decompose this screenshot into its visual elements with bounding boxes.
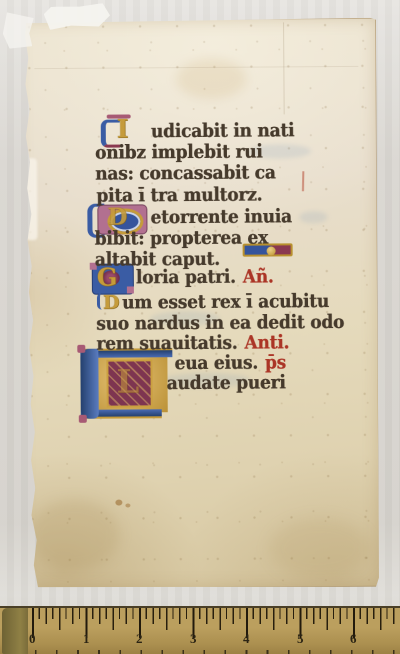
stain [29, 500, 119, 571]
illuminated-initial-l: L [80, 348, 172, 419]
tape-remnant-left [2, 12, 34, 50]
red-margin-mark [302, 171, 304, 191]
ruler-number: 6 [350, 632, 357, 646]
edge-residue [25, 158, 38, 240]
initial-letter: I [117, 114, 129, 143]
photo-background: I D G D L [0, 0, 400, 654]
initial-letter: D [103, 292, 120, 314]
text-line: pita ī tra multorz. [96, 184, 262, 208]
stain [176, 59, 246, 99]
text-line: loria patri.Añ. [136, 265, 274, 288]
ruler-number: 2 [136, 632, 143, 646]
text-black: udicabit in nati [151, 119, 295, 142]
ruler: 0 1 2 3 4 5 6 [0, 606, 400, 654]
text-line: audate pueri [166, 371, 285, 394]
initial-pink-accent [79, 415, 87, 423]
show-through-patch [299, 211, 327, 223]
ruler-number: 3 [190, 632, 197, 646]
ruler-number: 4 [243, 632, 250, 646]
text-black: bibit: propterea ex [94, 227, 267, 251]
ruler-ticks-cm-bottom [14, 650, 400, 654]
text-line: nas: concassabit ca [95, 161, 276, 185]
initial-letter: L [116, 362, 139, 400]
text-black: nas: concassabit ca [95, 161, 276, 185]
ruler-number: 5 [297, 632, 304, 646]
text-line: etorrente inuia [150, 205, 291, 228]
stain [115, 500, 122, 506]
manuscript-leaf: I D G D L [16, 18, 380, 589]
rubric-red: Añ. [243, 265, 274, 288]
stain [270, 518, 370, 579]
stain [125, 503, 130, 507]
ruler-number: 1 [83, 632, 90, 646]
ruling-line-vertical [283, 22, 285, 114]
initial-blue-stem [80, 349, 98, 419]
text-black: etorrente inuia [150, 205, 291, 228]
text-line: udicabit in nati [151, 119, 295, 142]
text-black: loria patri. [136, 266, 236, 289]
ruler-brass-end [2, 608, 28, 654]
versal-initial-d: D [97, 292, 123, 313]
text-line: bibit: propterea ex [94, 227, 267, 251]
ruling-line-horizontal [34, 66, 358, 69]
text-black: pita ī tra multorz. [96, 184, 262, 208]
text-line: onibz implebit rui [95, 141, 263, 165]
initial-pink-accent [77, 345, 85, 353]
ruler-number: 0 [29, 632, 36, 646]
text-black: onibz implebit rui [95, 141, 263, 165]
text-black: audate pueri [166, 371, 285, 394]
